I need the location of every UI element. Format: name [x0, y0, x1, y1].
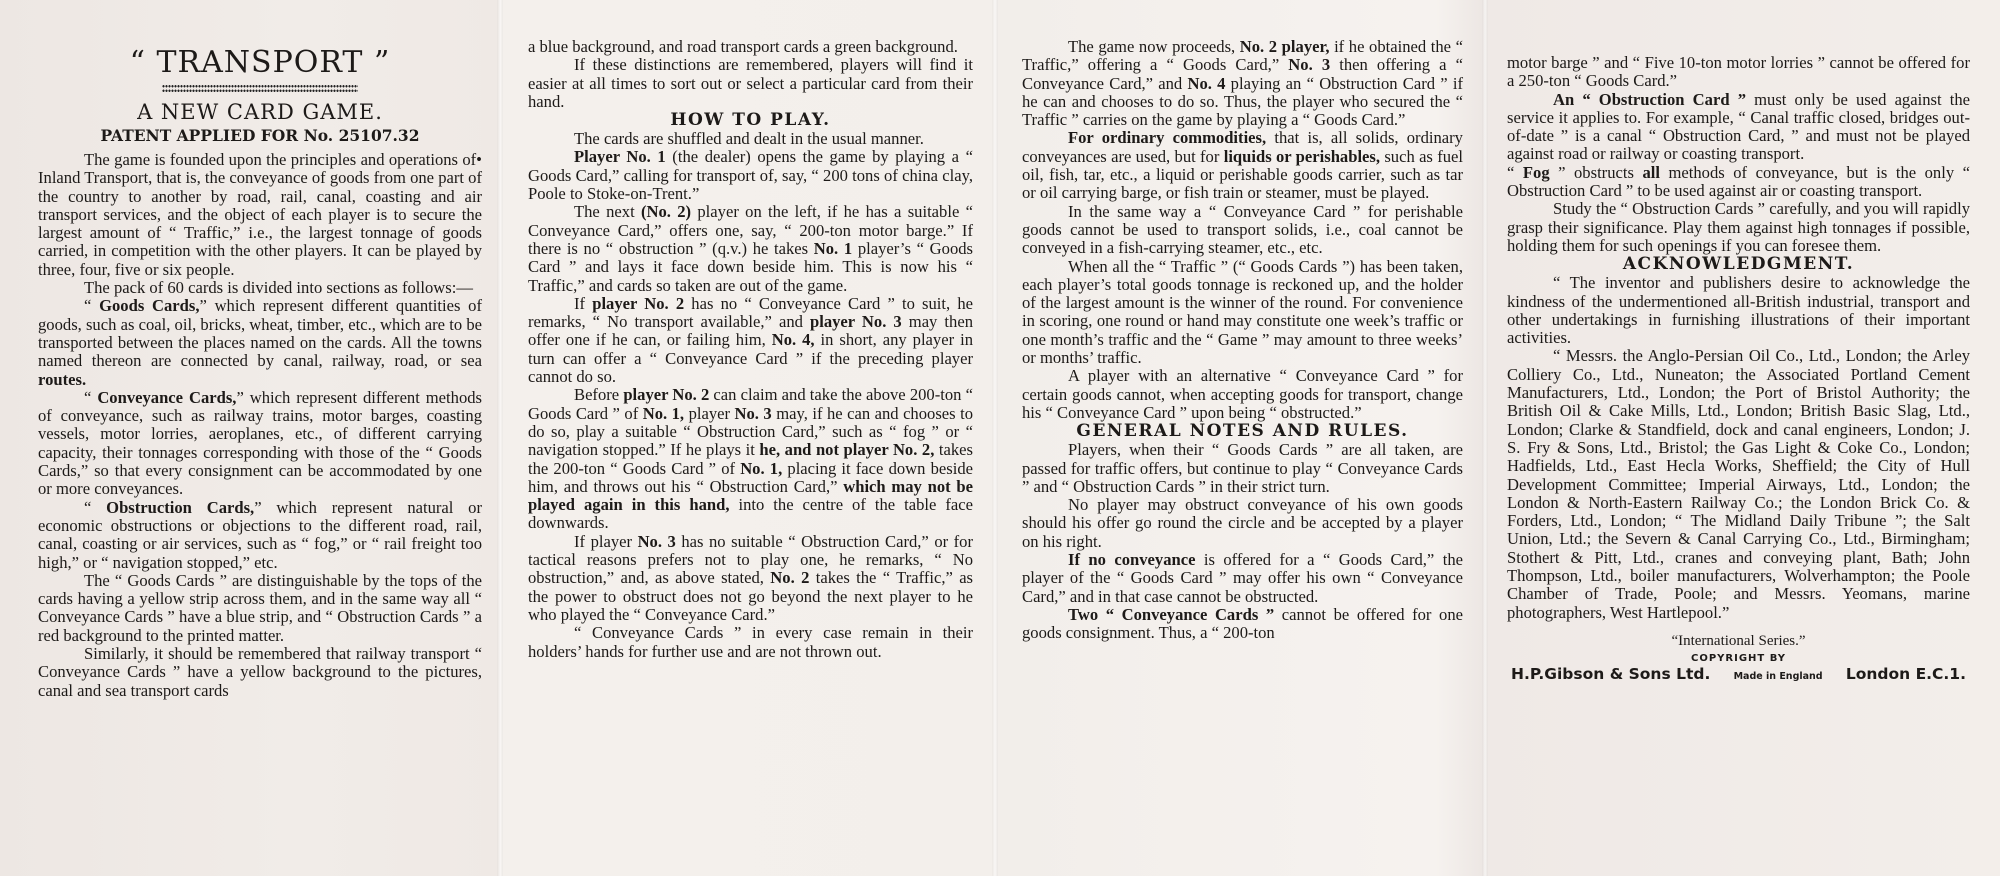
paragraph: “ Obstruction Cards,” which represent na…	[38, 499, 482, 572]
paragraph: The game is founded upon the principles …	[38, 151, 482, 279]
fold-line	[992, 0, 998, 876]
publisher-footer: “International Series.” COPYRIGHT BY H.P…	[1507, 632, 1970, 683]
document-title: “ TRANSPORT ”	[38, 46, 482, 80]
paragraph: motor barge ” and “ Five 10-ton motor lo…	[1507, 54, 1970, 91]
fold-line	[497, 0, 503, 876]
paragraph: a blue background, and road transport ca…	[528, 38, 973, 56]
fold-line	[1482, 0, 1488, 876]
copyright-label: COPYRIGHT BY	[1507, 652, 1970, 665]
paragraph: Similarly, it should be remembered that …	[38, 645, 482, 700]
acknowledgment-heading: ACKNOWLEDGMENT.	[1507, 255, 1970, 274]
paragraph: “ Messrs. the Anglo-Persian Oil Co., Ltd…	[1507, 347, 1970, 621]
panel-3: The game now proceeds, No. 2 player, if …	[995, 0, 1485, 876]
intro-text: The game is founded upon the principles …	[38, 151, 482, 700]
paragraph: Players, when their “ Goods Cards ” are …	[1022, 441, 1463, 496]
paragraph: “ The inventor and publishers desire to …	[1507, 274, 1970, 347]
general-notes-heading: GENERAL NOTES AND RULES.	[1022, 422, 1463, 441]
paragraph: “ Fog ” obstructs all methods of conveya…	[1507, 164, 1970, 201]
general-notes-text: Players, when their “ Goods Cards ” are …	[1022, 441, 1463, 642]
paragraph: The cards are shuffled and dealt in the …	[528, 130, 973, 148]
patent-notice: PATENT APPLIED FOR No. 25107.32	[38, 125, 482, 147]
paragraph: An “ Obstruction Card ” must only be use…	[1507, 91, 1970, 164]
document-subtitle: A NEW CARD GAME.	[38, 99, 482, 125]
paragraph: “ Conveyance Cards,” which represent dif…	[38, 389, 482, 499]
paragraph: “ Goods Cards,” which represent differen…	[38, 297, 482, 388]
obstruction-rules-text: motor barge ” and “ Five 10-ton motor lo…	[1507, 54, 1970, 255]
how-to-play-text: The cards are shuffled and dealt in the …	[528, 130, 973, 661]
paragraph: A player with an alternative “ Conveyanc…	[1022, 367, 1463, 422]
paragraph: If no conveyance is offered for a “ Good…	[1022, 551, 1463, 606]
paragraph: Player No. 1 (the dealer) opens the game…	[528, 148, 973, 203]
acknowledgment-text: “ The inventor and publishers desire to …	[1507, 274, 1970, 622]
paragraph: “ Conveyance Cards ” in every case remai…	[528, 624, 973, 661]
paragraph: The “ Goods Cards ” are distinguishable …	[38, 572, 482, 645]
paragraph: If player No. 3 has no suitable “ Obstru…	[528, 533, 973, 624]
dotted-rule	[162, 84, 358, 93]
publisher-city: London E.C.1.	[1846, 665, 1966, 683]
paragraph: When all the “ Traffic ” (“ Goods Cards …	[1022, 258, 1463, 368]
paragraph: Two “ Conveyance Cards ” cannot be offer…	[1022, 606, 1463, 643]
paragraph: The pack of 60 cards is divided into sec…	[38, 279, 482, 297]
series-label: “International Series.”	[1507, 632, 1970, 650]
panel-2: a blue background, and road transport ca…	[500, 0, 995, 876]
panel-4: motor barge ” and “ Five 10-ton motor lo…	[1485, 0, 2000, 876]
paragraph: Study the “ Obstruction Cards ” carefull…	[1507, 200, 1970, 255]
publisher-name: H.P.Gibson & Sons Ltd.	[1511, 665, 1710, 683]
paragraph: In the same way a “ Conveyance Card ” fo…	[1022, 203, 1463, 258]
how-to-play-heading: HOW TO PLAY.	[528, 111, 973, 130]
paragraph: Before player No. 2 can claim and take t…	[528, 386, 973, 532]
leaflet-sheet: “ TRANSPORT ” A NEW CARD GAME. PATENT AP…	[0, 0, 2000, 876]
card-colours-text: a blue background, and road transport ca…	[528, 38, 973, 111]
paragraph: The game now proceeds, No. 2 player, if …	[1022, 38, 1463, 129]
paragraph: If these distinctions are remembered, pl…	[528, 56, 973, 111]
paragraph: The next (No. 2) player on the left, if …	[528, 203, 973, 294]
gameplay-text: The game now proceeds, No. 2 player, if …	[1022, 38, 1463, 422]
paragraph: No player may obstruct conveyance of his…	[1022, 496, 1463, 551]
panel-1: “ TRANSPORT ” A NEW CARD GAME. PATENT AP…	[0, 0, 500, 876]
made-in-label: Made in England	[1734, 671, 1823, 682]
paragraph: For ordinary commodities, that is, all s…	[1022, 129, 1463, 202]
paragraph: If player No. 2 has no “ Conveyance Card…	[528, 295, 973, 386]
